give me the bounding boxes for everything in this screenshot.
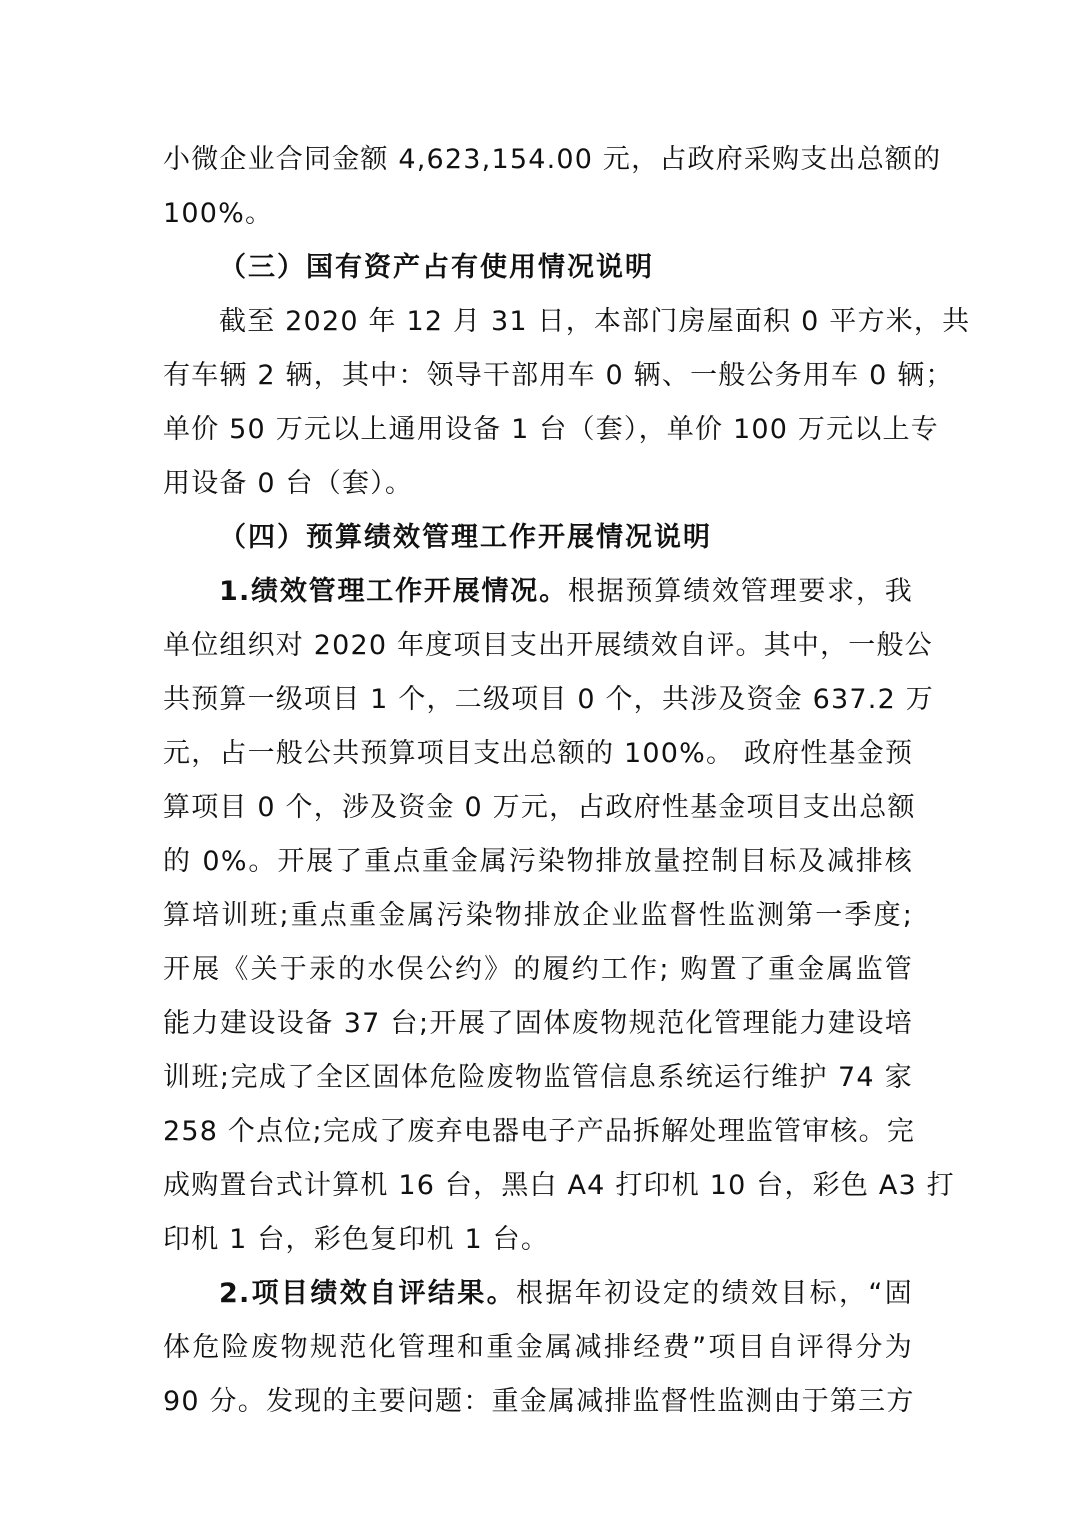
subheading-performance-work: 1.绩效管理工作开展情况。 <box>219 576 568 607</box>
paragraph-line: 体危险废物规范化管理和重金属减排经费”项目自评得分为 <box>163 1321 913 1375</box>
paragraph-line: 单位组织对 2020 年度项目支出开展绩效自评。其中，一般公 <box>163 619 913 673</box>
paragraph-text: 根据年初设定的绩效目标，“固 <box>516 1278 913 1309</box>
paragraph-line: 成购置台式计算机 16 台，黑白 A4 打印机 10 台，彩色 A3 打 <box>163 1159 913 1213</box>
paragraph-line: 截至 2020 年 12 月 31 日，本部门房屋面积 0 平方米，共 <box>163 295 913 349</box>
paragraph-line: 元，占一般公共预算项目支出总额的 100%。 政府性基金预 <box>163 727 913 781</box>
paragraph-line: 的 0%。开展了重点重金属污染物排放量控制目标及减排核 <box>163 835 913 889</box>
document-page: 小微企业合同金额 4,623,154.00 元，占政府采购支出总额的 100%。… <box>0 0 1074 1520</box>
section-heading-assets: （三）国有资产占有使用情况说明 <box>163 241 913 295</box>
paragraph-line: 共预算一级项目 1 个，二级项目 0 个，共涉及资金 637.2 万 <box>163 673 913 727</box>
paragraph-line: 开展《关于汞的水俣公约》的履约工作; 购置了重金属监管 <box>163 943 913 997</box>
paragraph-line: 算项目 0 个，涉及资金 0 万元，占政府性基金项目支出总额 <box>163 781 913 835</box>
paragraph-line: 258 个点位;完成了废弃电器电子产品拆解处理监管审核。完 <box>163 1105 913 1159</box>
paragraph-line: 算培训班;重点重金属污染物排放企业监督性监测第一季度; <box>163 889 913 943</box>
paragraph-line: 90 分。发现的主要问题：重金属减排监督性监测由于第三方 <box>163 1375 913 1429</box>
paragraph-line: 单价 50 万元以上通用设备 1 台（套），单价 100 万元以上专 <box>163 403 913 457</box>
paragraph-text: 根据预算绩效管理要求，我 <box>568 576 913 607</box>
subheading-self-evaluation: 2.项目绩效自评结果。 <box>219 1278 516 1309</box>
paragraph-line: 1.绩效管理工作开展情况。根据预算绩效管理要求，我 <box>163 565 913 619</box>
paragraph-line: 用设备 0 台（套）。 <box>163 457 913 511</box>
section-heading-performance: （四）预算绩效管理工作开展情况说明 <box>163 511 913 565</box>
paragraph-line: 训班;完成了全区固体危险废物监管信息系统运行维护 74 家 <box>163 1051 913 1105</box>
document-body: 小微企业合同金额 4,623,154.00 元，占政府采购支出总额的 100%。… <box>163 133 913 1429</box>
paragraph-line: 2.项目绩效自评结果。根据年初设定的绩效目标，“固 <box>163 1267 913 1321</box>
paragraph-line: 印机 1 台，彩色复印机 1 台。 <box>163 1213 913 1267</box>
paragraph-line: 能力建设设备 37 台;开展了固体废物规范化管理能力建设培 <box>163 997 913 1051</box>
paragraph-line: 小微企业合同金额 4,623,154.00 元，占政府采购支出总额的 <box>163 133 913 187</box>
paragraph-line: 100%。 <box>163 187 913 241</box>
paragraph-line: 有车辆 2 辆，其中：领导干部用车 0 辆、一般公务用车 0 辆； <box>163 349 913 403</box>
